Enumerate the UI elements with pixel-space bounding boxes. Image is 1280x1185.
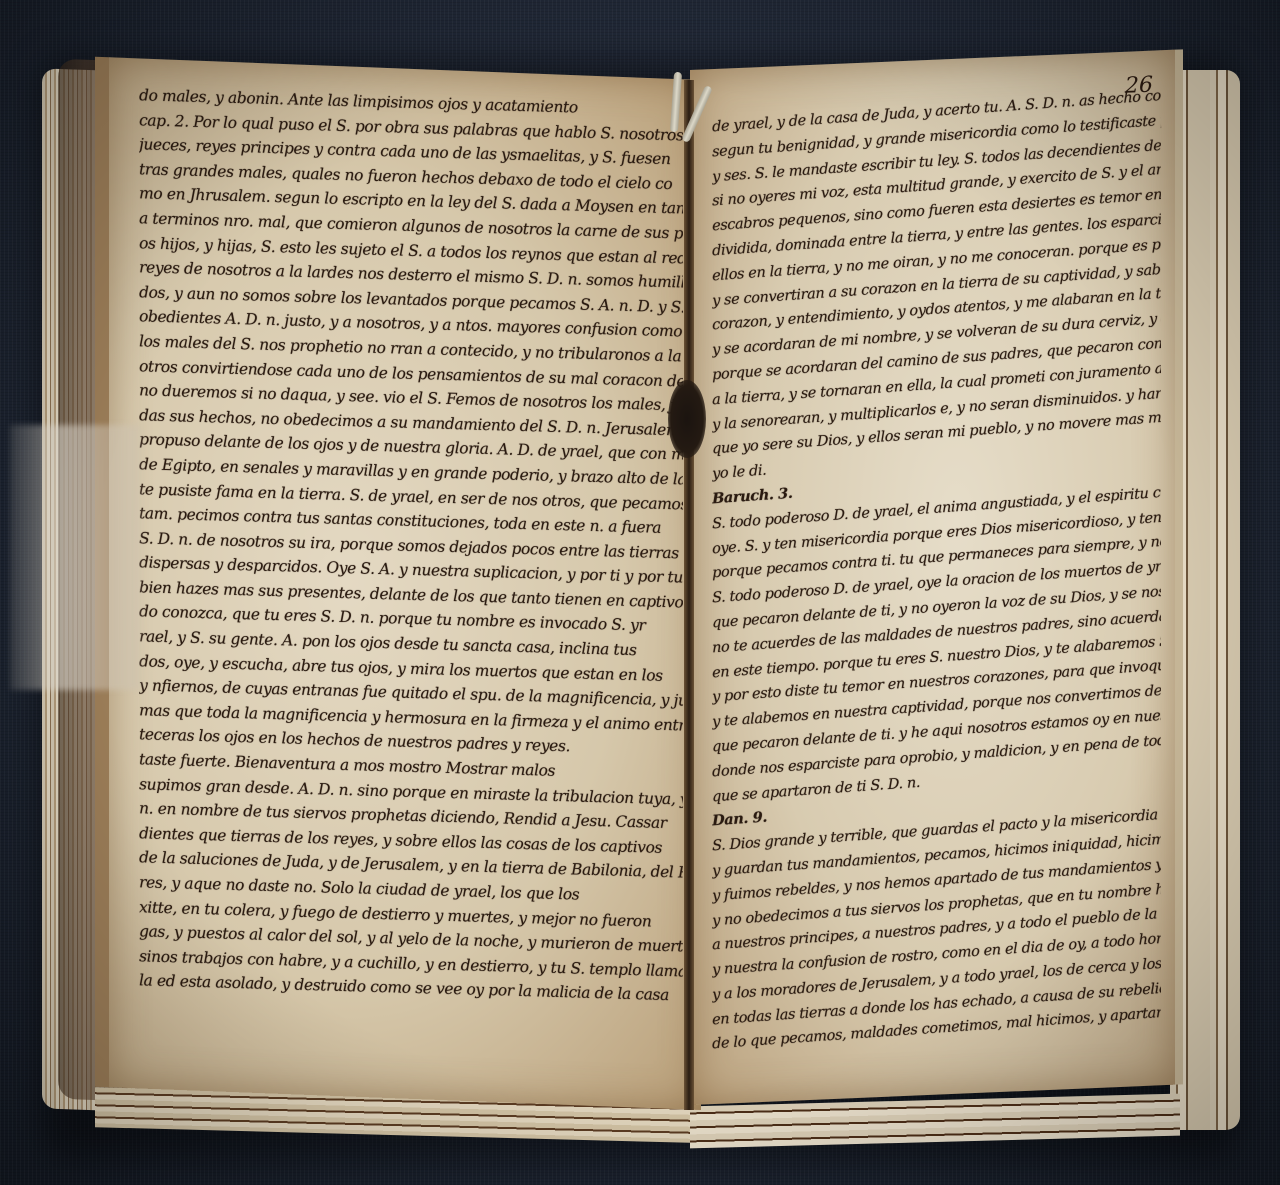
left-page: do males, y abonin. Ante las limpisimos … xyxy=(95,57,701,1110)
repair-tape xyxy=(10,425,140,690)
right-page: 26 de yrael, y de la casa de Juda, y ace… xyxy=(690,49,1183,1105)
left-page-handwriting: do males, y abonin. Ante las limpisimos … xyxy=(139,80,683,1011)
book-gutter xyxy=(684,80,694,1110)
ink-blot xyxy=(668,380,706,458)
right-page-handwriting: de yrael, y de la casa de Juda, y acerto… xyxy=(712,90,1161,1051)
photo-scene: do males, y abonin. Ante las limpisimos … xyxy=(0,0,1280,1185)
